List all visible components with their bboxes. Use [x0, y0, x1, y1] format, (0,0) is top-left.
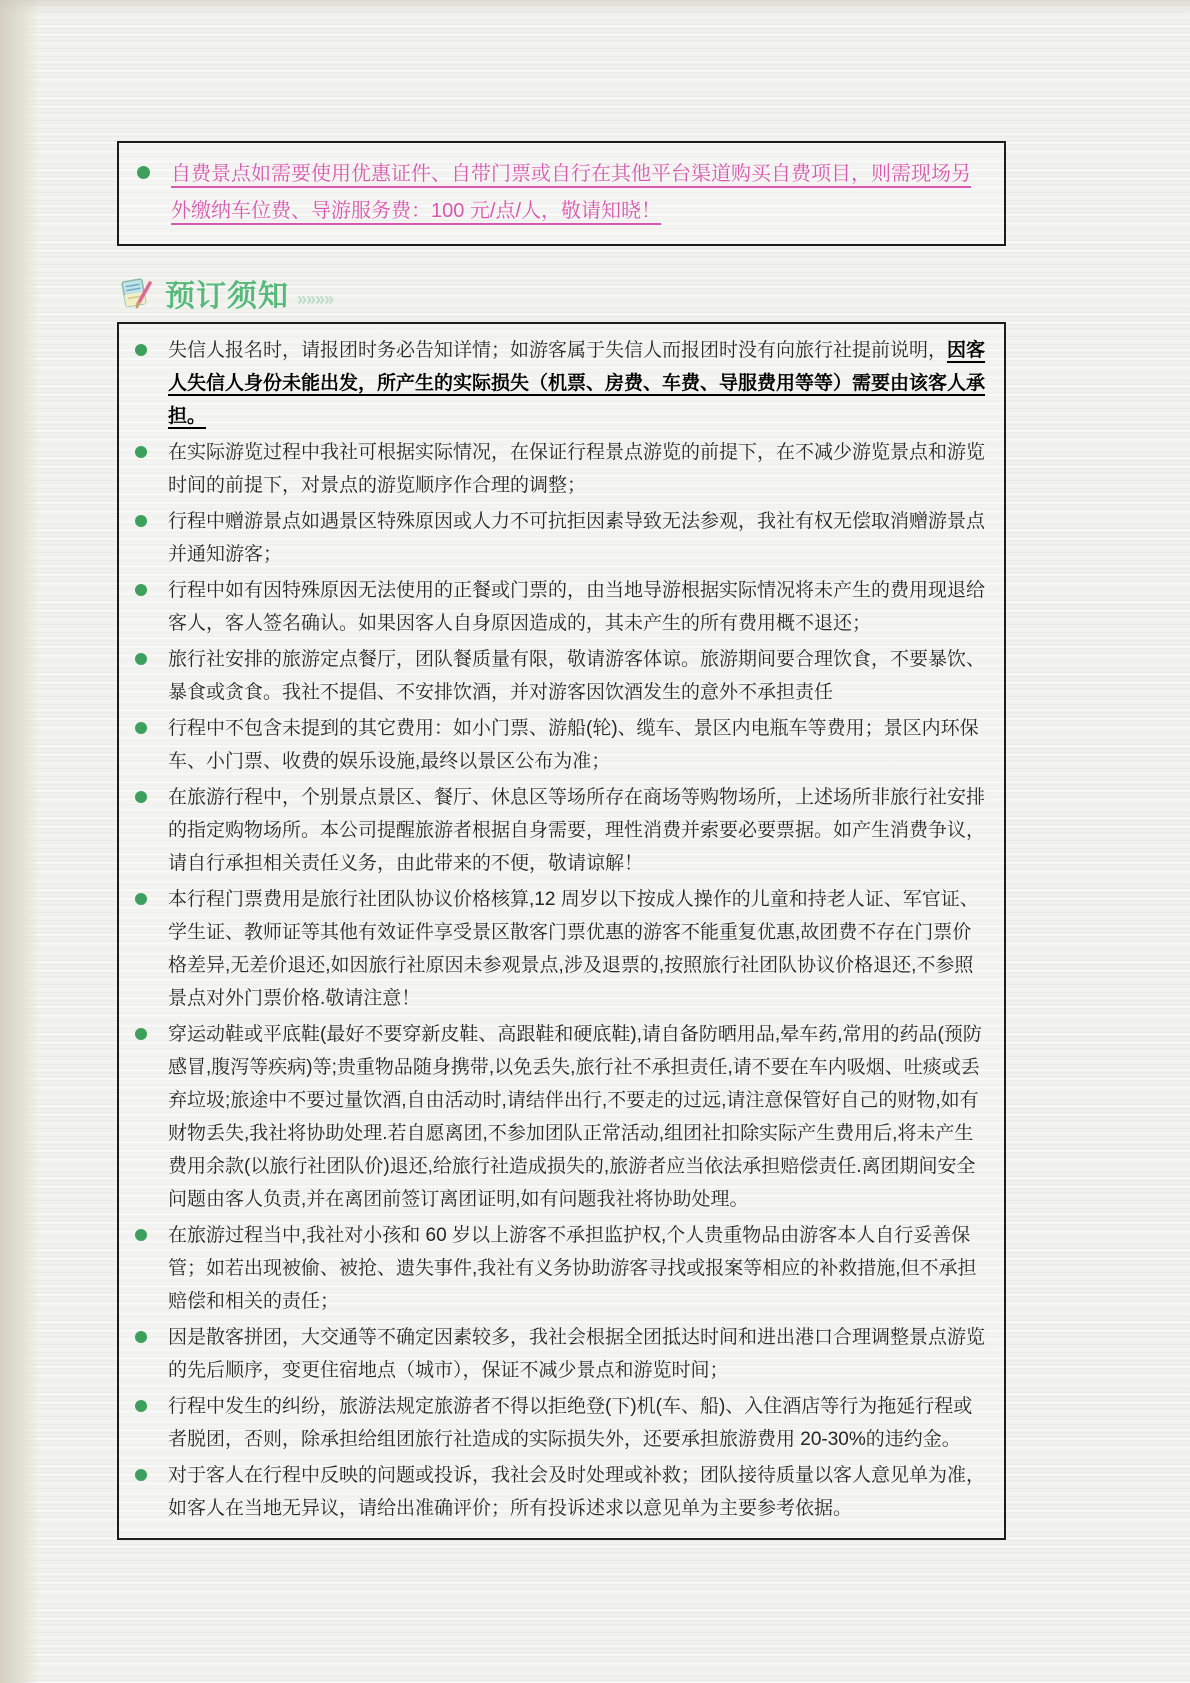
paper-left-edge: [0, 0, 40, 1683]
section-title: 预订须知: [165, 271, 289, 315]
notice-text: 穿运动鞋或平底鞋(最好不要穿新皮鞋、高跟鞋和硬底鞋),请自备防晒用品,晕车药,常…: [168, 1024, 982, 1210]
notice-item: 行程中发生的纠纷，旅游法规定旅游者不得以拒绝登(下)机(车、船)、入住酒店等行为…: [135, 1390, 990, 1456]
notice-text: 行程中如有因特殊原因无法使用的正餐或门票的，由当地导游根据实际情况将未产生的费用…: [168, 580, 985, 634]
bullet-dot: [135, 722, 147, 734]
bullet-dot: [135, 1331, 147, 1343]
notice-item: 对于客人在行程中反映的问题或投诉，我社会及时处理或补救；团队接待质量以客人意见单…: [135, 1459, 990, 1525]
notice-item: 在旅游过程当中,我社对小孩和 60 岁以上游客不承担监护权,个人贵重物品由游客本…: [135, 1219, 990, 1318]
bullet-dot: [137, 166, 150, 179]
bullet-dot: [135, 653, 147, 665]
booking-notice-box: 失信人报名时，请报团时务必告知详情；如游客属于失信人而报团时没有向旅行社提前说明…: [117, 322, 1006, 1540]
notice-text: 在旅游过程当中,我社对小孩和 60 岁以上游客不承担监护权,个人贵重物品由游客本…: [168, 1225, 977, 1312]
notice-text: 旅行社安排的旅游定点餐厅，团队餐质量有限，敬请游客体谅。旅游期间要合理饮食，不要…: [168, 649, 985, 703]
notice-text: 失信人报名时，请报团时务必告知详情；如游客属于失信人而报团时没有向旅行社提前说明…: [168, 340, 947, 361]
notice-item: 旅行社安排的旅游定点餐厅，团队餐质量有限，敬请游客体谅。旅游期间要合理饮食，不要…: [135, 643, 990, 709]
booking-notice-header: 预订须知 »»»»: [117, 272, 1006, 314]
notice-item: 本行程门票费用是旅行社团队协议价格核算,12 周岁以下按成人操作的儿童和持老人证…: [135, 883, 990, 1015]
notice-text: 在旅游行程中，个别景点景区、餐厅、休息区等场所存在商场等购物场所，上述场所非旅行…: [168, 787, 985, 874]
bullet-dot: [135, 515, 147, 527]
notice-item: 自费景点如需要使用优惠证件、自带门票或自行在其他平台渠道购买自费项目，则需现场另…: [137, 156, 986, 230]
bullet-dot: [135, 1469, 147, 1481]
notice-text: 在实际游览过程中我社可根据实际情况，在保证行程景点游览的前提下，在不减少游览景点…: [168, 442, 985, 496]
page: 自费景点如需要使用优惠证件、自带门票或自行在其他平台渠道购买自费项目，则需现场另…: [117, 0, 1006, 1540]
notice-item: 行程中赠游景点如遇景区特殊原因或人力不可抗拒因素导致无法参观，我社有权无偿取消赠…: [135, 505, 990, 571]
bullet-dot: [135, 1229, 147, 1241]
notice-item: 因是散客拼团，大交通等不确定因素较多，我社会根据全团抵达时间和进出港口合理调整景…: [135, 1321, 990, 1387]
notice-text: 行程中不包含未提到的其它费用：如小门票、游船(轮)、缆车、景区内电瓶车等费用；景…: [168, 718, 979, 772]
bullet-dot: [135, 791, 147, 803]
notice-text: 因是散客拼团，大交通等不确定因素较多，我社会根据全团抵达时间和进出港口合理调整景…: [168, 1327, 985, 1381]
bullet-dot: [135, 584, 147, 596]
self-funded-notice-text: 自费景点如需要使用优惠证件、自带门票或自行在其他平台渠道购买自费项目，则需现场另…: [171, 163, 971, 222]
self-funded-notice-box: 自费景点如需要使用优惠证件、自带门票或自行在其他平台渠道购买自费项目，则需现场另…: [117, 141, 1006, 246]
notice-text: 本行程门票费用是旅行社团队协议价格核算,12 周岁以下按成人操作的儿童和持老人证…: [168, 889, 979, 1009]
bullet-dot: [135, 344, 147, 356]
notice-item: 行程中如有因特殊原因无法使用的正餐或门票的，由当地导游根据实际情况将未产生的费用…: [135, 574, 990, 640]
notice-text: 对于客人在行程中反映的问题或投诉，我社会及时处理或补救；团队接待质量以客人意见单…: [168, 1465, 985, 1519]
notice-item: 失信人报名时，请报团时务必告知详情；如游客属于失信人而报团时没有向旅行社提前说明…: [135, 334, 990, 433]
bullet-dot: [135, 1400, 147, 1412]
notice-item: 在实际游览过程中我社可根据实际情况，在保证行程景点游览的前提下，在不减少游览景点…: [135, 436, 990, 502]
notice-list: 失信人报名时，请报团时务必告知详情；如游客属于失信人而报团时没有向旅行社提前说明…: [135, 334, 990, 1525]
chevrons-decor-icon: »»»»: [297, 289, 333, 310]
bullet-dot: [135, 446, 147, 458]
notice-item: 行程中不包含未提到的其它费用：如小门票、游船(轮)、缆车、景区内电瓶车等费用；景…: [135, 712, 990, 778]
notice-item: 穿运动鞋或平底鞋(最好不要穿新皮鞋、高跟鞋和硬底鞋),请自备防晒用品,晕车药,常…: [135, 1018, 990, 1216]
notice-text: 行程中发生的纠纷，旅游法规定旅游者不得以拒绝登(下)机(车、船)、入住酒店等行为…: [168, 1396, 972, 1450]
notepad-pencil-icon: [117, 274, 155, 312]
bullet-dot: [135, 893, 147, 905]
notice-text: 行程中赠游景点如遇景区特殊原因或人力不可抗拒因素导致无法参观，我社有权无偿取消赠…: [168, 511, 985, 565]
notice-item: 在旅游行程中，个别景点景区、餐厅、休息区等场所存在商场等购物场所，上述场所非旅行…: [135, 781, 990, 880]
bullet-dot: [135, 1028, 147, 1040]
